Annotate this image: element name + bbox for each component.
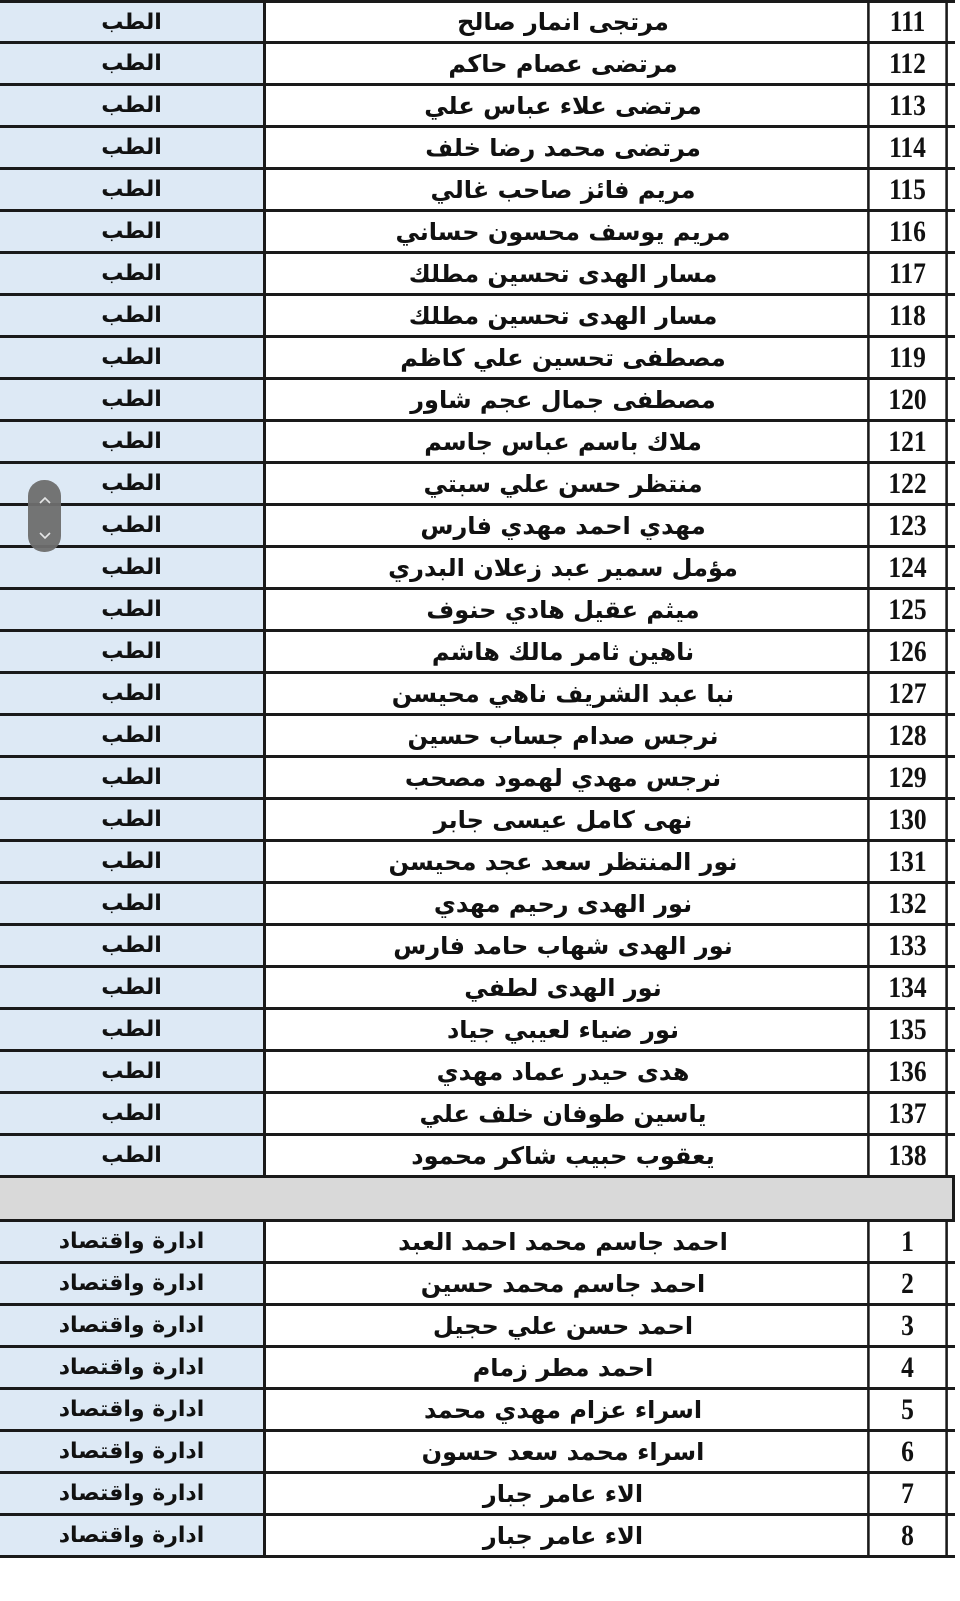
table-row: 118مسار الهدى تحسين مطلكالطب — [0, 296, 955, 338]
student-name-cell: مصطفى جمال عجم شاور — [263, 380, 860, 419]
department-cell: ادارة واقتصاد — [0, 1516, 263, 1555]
table-row: 114مرتضى محمد رضا خلفالطب — [0, 128, 955, 170]
table-row: 122منتظر حسن علي سبتيالطب — [0, 464, 955, 506]
student-name-cell: مسار الهدى تحسين مطلك — [263, 296, 860, 335]
chevron-down-icon — [39, 525, 51, 544]
department-cell: الطب — [0, 44, 263, 83]
row-number-cell: 113 — [867, 86, 948, 125]
student-name-cell: مرتضى علاء عباس علي — [263, 86, 860, 125]
table-row: 6اسراء محمد سعد حسونادارة واقتصاد — [0, 1432, 955, 1474]
student-name-cell: نبا عبد الشريف ناهي محيسن — [263, 674, 860, 713]
table-row: 127نبا عبد الشريف ناهي محيسنالطب — [0, 674, 955, 716]
row-number-cell: 128 — [867, 716, 948, 755]
student-name-cell: نور ضياء لعيبي جياد — [263, 1010, 860, 1049]
student-name-cell: مؤمل سمير عبد زعلان البدري — [263, 548, 860, 587]
department-cell: الطب — [0, 716, 263, 755]
table-row: 2احمد جاسم محمد حسينادارة واقتصاد — [0, 1264, 955, 1306]
department-cell: الطب — [0, 884, 263, 923]
table-row: 130نهى كامل عيسى جابرالطب — [0, 800, 955, 842]
table-row: 134نور الهدى لطفيالطب — [0, 968, 955, 1010]
row-number-cell: 1 — [867, 1222, 948, 1261]
row-number-cell: 131 — [867, 842, 948, 881]
department-cell: الطب — [0, 254, 263, 293]
department-cell: ادارة واقتصاد — [0, 1432, 263, 1471]
student-name-cell: مهدي احمد مهدي فارس — [263, 506, 860, 545]
row-number-cell: 117 — [867, 254, 948, 293]
table-row: 124مؤمل سمير عبد زعلان البدريالطب — [0, 548, 955, 590]
student-name-cell: نور الهدى رحيم مهدي — [263, 884, 860, 923]
student-name-cell: نرجس صدام جساب حسين — [263, 716, 860, 755]
table-row: 5اسراء عزام مهدي محمدادارة واقتصاد — [0, 1390, 955, 1432]
student-name-cell: مريم يوسف محسون حساني — [263, 212, 860, 251]
department-cell: الطب — [0, 968, 263, 1007]
department-cell: ادارة واقتصاد — [0, 1348, 263, 1387]
section-separator — [0, 1178, 955, 1222]
department-cell: الطب — [0, 758, 263, 797]
student-name-cell: اسراء عزام مهدي محمد — [263, 1390, 860, 1429]
table-row: 138يعقوب حبيب شاكر محمودالطب — [0, 1136, 955, 1178]
table-row: 117مسار الهدى تحسين مطلكالطب — [0, 254, 955, 296]
table-row: 8الاء عامر جبارادارة واقتصاد — [0, 1516, 955, 1558]
student-name-cell: الاء عامر جبار — [263, 1516, 860, 1555]
student-name-cell: منتظر حسن علي سبتي — [263, 464, 860, 503]
table-row: 3احمد حسن علي حجيلادارة واقتصاد — [0, 1306, 955, 1348]
department-cell: الطب — [0, 926, 263, 965]
student-name-cell: ملاك باسم عباس جاسم — [263, 422, 860, 461]
row-number-cell: 8 — [867, 1516, 948, 1555]
row-number-cell: 116 — [867, 212, 948, 251]
table-row: 119مصطفى تحسين علي كاظمالطب — [0, 338, 955, 380]
student-name-cell: الاء عامر جبار — [263, 1474, 860, 1513]
table-row: 132نور الهدى رحيم مهديالطب — [0, 884, 955, 926]
department-cell: الطب — [0, 212, 263, 251]
department-cell: الطب — [0, 1010, 263, 1049]
student-name-cell: مرتضى عصام حاكم — [263, 44, 860, 83]
student-name-cell: ميثم عقيل هادي حنوف — [263, 590, 860, 629]
department-cell: الطب — [0, 3, 263, 41]
student-name-cell: مسار الهدى تحسين مطلك — [263, 254, 860, 293]
row-number-cell: 123 — [867, 506, 948, 545]
row-number-cell: 119 — [867, 338, 948, 377]
table-row: 129نرجس مهدي لهمود مصحبالطب — [0, 758, 955, 800]
department-cell: الطب — [0, 800, 263, 839]
table-row: 1احمد جاسم محمد احمد العبدادارة واقتصاد — [0, 1222, 955, 1264]
student-name-cell: ياسين طوفان خلف علي — [263, 1094, 860, 1133]
row-number-cell: 122 — [867, 464, 948, 503]
student-name-cell: نرجس مهدي لهمود مصحب — [263, 758, 860, 797]
page-scroll-widget[interactable] — [28, 480, 61, 552]
department-cell: الطب — [0, 632, 263, 671]
row-number-cell: 138 — [867, 1136, 948, 1175]
table-row: 112مرتضى عصام حاكمالطب — [0, 44, 955, 86]
row-number-cell: 118 — [867, 296, 948, 335]
table-row: 111مرتجى انمار صالحالطب — [0, 0, 955, 44]
student-name-cell: مرتجى انمار صالح — [263, 3, 860, 41]
department-cell: الطب — [0, 842, 263, 881]
row-number-cell: 135 — [867, 1010, 948, 1049]
department-cell: ادارة واقتصاد — [0, 1474, 263, 1513]
department-cell: الطب — [0, 296, 263, 335]
row-number-cell: 134 — [867, 968, 948, 1007]
student-name-cell: مرتضى محمد رضا خلف — [263, 128, 860, 167]
student-name-cell: احمد مطر زمام — [263, 1348, 860, 1387]
table-row: 121ملاك باسم عباس جاسمالطب — [0, 422, 955, 464]
table-row: 126ناهين ثامر مالك هاشمالطب — [0, 632, 955, 674]
student-name-cell: مصطفى تحسين علي كاظم — [263, 338, 860, 377]
table-row: 135نور ضياء لعيبي جيادالطب — [0, 1010, 955, 1052]
table-row: 115مريم فائز صاحب غاليالطب — [0, 170, 955, 212]
student-name-cell: نور الهدى لطفي — [263, 968, 860, 1007]
table-row: 7الاء عامر جبارادارة واقتصاد — [0, 1474, 955, 1516]
table-row: 120مصطفى جمال عجم شاورالطب — [0, 380, 955, 422]
scroll-down-button[interactable] — [28, 519, 61, 549]
department-cell: ادارة واقتصاد — [0, 1306, 263, 1345]
department-cell: الطب — [0, 170, 263, 209]
department-cell: ادارة واقتصاد — [0, 1390, 263, 1429]
student-name-cell: احمد حسن علي حجيل — [263, 1306, 860, 1345]
student-name-cell: نور الهدى شهاب حامد فارس — [263, 926, 860, 965]
chevron-up-icon — [39, 489, 51, 508]
row-number-cell: 114 — [867, 128, 948, 167]
department-cell: الطب — [0, 128, 263, 167]
department-cell: الطب — [0, 380, 263, 419]
row-number-cell: 127 — [867, 674, 948, 713]
table-row: 4احمد مطر زمامادارة واقتصاد — [0, 1348, 955, 1390]
row-number-cell: 5 — [867, 1390, 948, 1429]
department-cell: الطب — [0, 422, 263, 461]
table-row: 113مرتضى علاء عباس عليالطب — [0, 86, 955, 128]
student-name-cell: احمد جاسم محمد حسين — [263, 1264, 860, 1303]
row-number-cell: 130 — [867, 800, 948, 839]
table-row: 131نور المنتظر سعد عجد محيسنالطب — [0, 842, 955, 884]
department-cell: الطب — [0, 86, 263, 125]
department-cell: الطب — [0, 674, 263, 713]
table-row: 123مهدي احمد مهدي فارسالطب — [0, 506, 955, 548]
department-cell: الطب — [0, 548, 263, 587]
student-name-cell: هدى حيدر عماد مهدي — [263, 1052, 860, 1091]
student-name-cell: يعقوب حبيب شاكر محمود — [263, 1136, 860, 1175]
row-number-cell: 132 — [867, 884, 948, 923]
department-cell: ادارة واقتصاد — [0, 1264, 263, 1303]
row-number-cell: 115 — [867, 170, 948, 209]
row-number-cell: 3 — [867, 1306, 948, 1345]
table-row: 128نرجس صدام جساب حسينالطب — [0, 716, 955, 758]
row-number-cell: 7 — [867, 1474, 948, 1513]
row-number-cell: 121 — [867, 422, 948, 461]
department-cell: الطب — [0, 1052, 263, 1091]
student-name-cell: نور المنتظر سعد عجد محيسن — [263, 842, 860, 881]
row-number-cell: 111 — [867, 3, 948, 41]
department-cell: الطب — [0, 1136, 263, 1175]
row-number-cell: 6 — [867, 1432, 948, 1471]
student-name-cell: ناهين ثامر مالك هاشم — [263, 632, 860, 671]
student-name-cell: احمد جاسم محمد احمد العبد — [263, 1222, 860, 1261]
table-row: 137ياسين طوفان خلف عليالطب — [0, 1094, 955, 1136]
department-cell: الطب — [0, 590, 263, 629]
row-number-cell: 2 — [867, 1264, 948, 1303]
department-cell: الطب — [0, 1094, 263, 1133]
department-cell: ادارة واقتصاد — [0, 1222, 263, 1261]
row-number-cell: 4 — [867, 1348, 948, 1387]
student-list-table: 111مرتجى انمار صالحالطب112مرتضى عصام حاك… — [0, 0, 955, 1558]
scroll-up-button[interactable] — [28, 483, 61, 513]
table-row: 125ميثم عقيل هادي حنوفالطب — [0, 590, 955, 632]
department-cell: الطب — [0, 338, 263, 377]
row-number-cell: 126 — [867, 632, 948, 671]
row-number-cell: 133 — [867, 926, 948, 965]
row-number-cell: 137 — [867, 1094, 948, 1133]
table-row: 116مريم يوسف محسون حسانيالطب — [0, 212, 955, 254]
row-number-cell: 124 — [867, 548, 948, 587]
student-name-cell: اسراء محمد سعد حسون — [263, 1432, 860, 1471]
row-number-cell: 112 — [867, 44, 948, 83]
table-row: 136هدى حيدر عماد مهديالطب — [0, 1052, 955, 1094]
row-number-cell: 120 — [867, 380, 948, 419]
student-name-cell: مريم فائز صاحب غالي — [263, 170, 860, 209]
row-number-cell: 125 — [867, 590, 948, 629]
row-number-cell: 136 — [867, 1052, 948, 1091]
table-row: 133نور الهدى شهاب حامد فارسالطب — [0, 926, 955, 968]
student-name-cell: نهى كامل عيسى جابر — [263, 800, 860, 839]
row-number-cell: 129 — [867, 758, 948, 797]
